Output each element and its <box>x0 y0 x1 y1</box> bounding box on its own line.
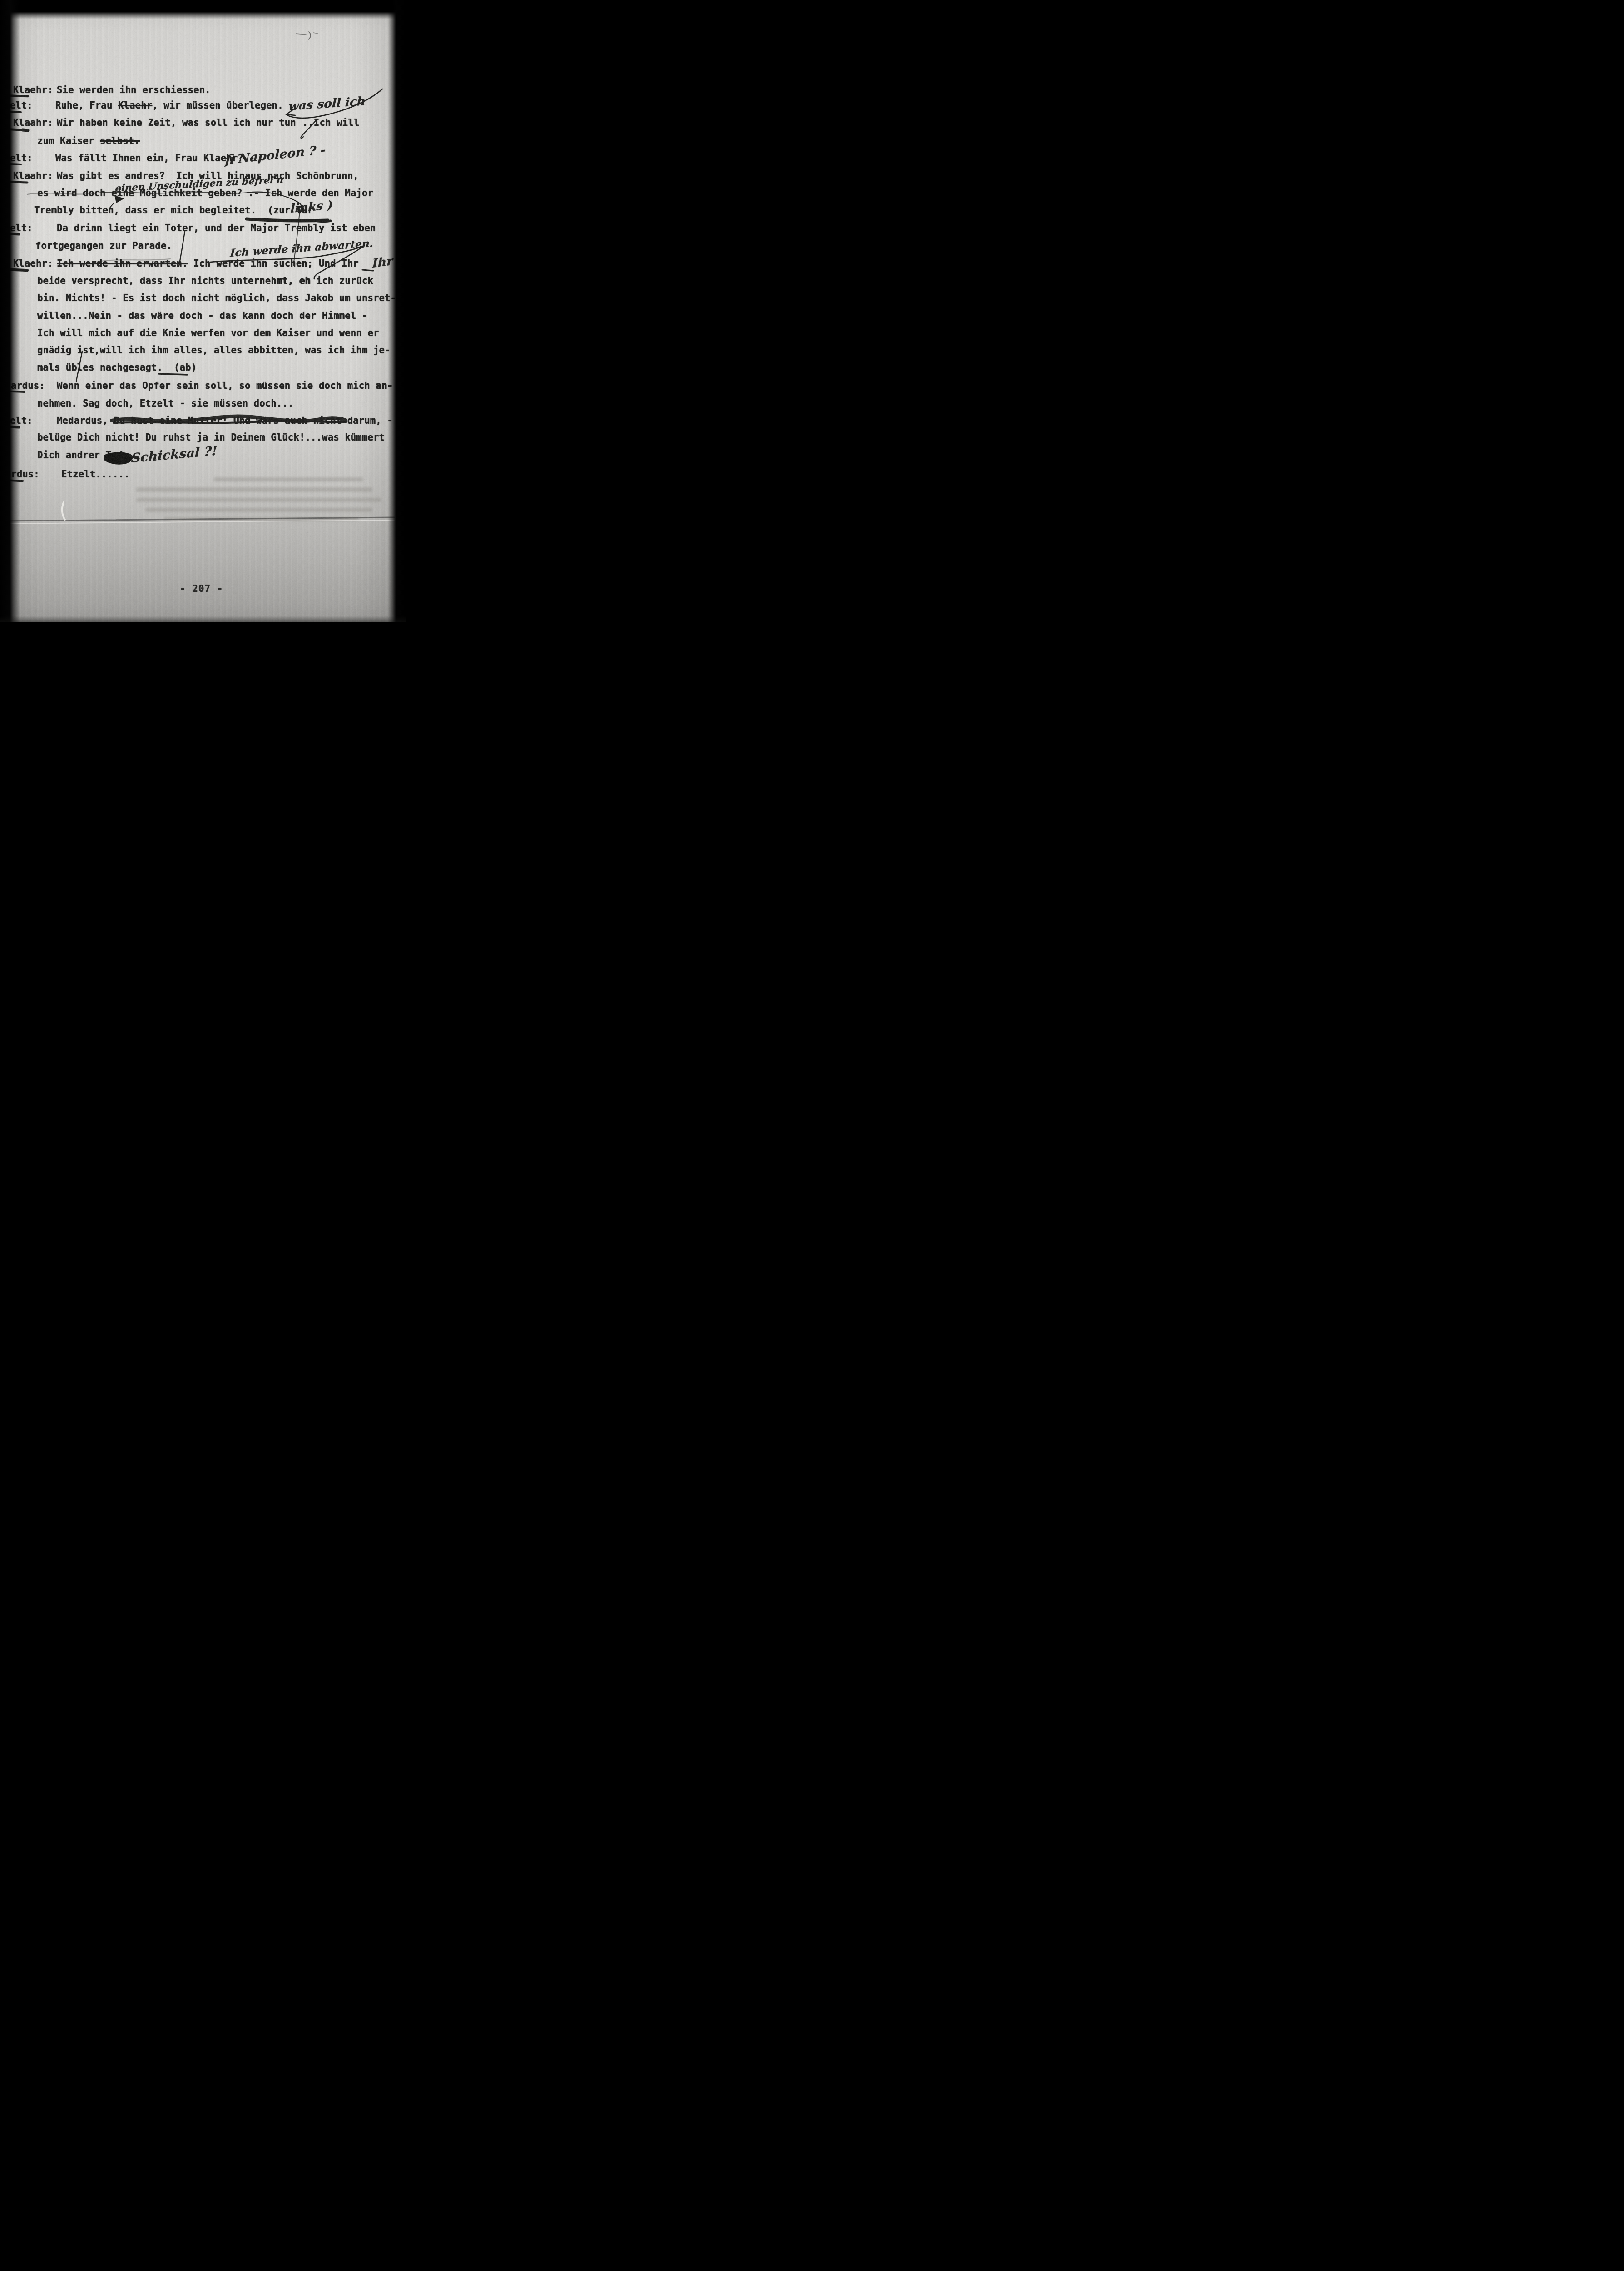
script-line: Etzelt:Was fällt Ihnen ein, Frau Klaehr?… <box>0 152 406 164</box>
script-line: Frau Klaehr:Sie werden ihn erschiessen. <box>0 84 406 96</box>
script-line: willen...Nein - das wäre doch - das kann… <box>0 310 406 322</box>
dialogue-text: es wird doch eine Möglichkeit geben? .- … <box>37 188 373 198</box>
bleed-through-text <box>136 487 372 492</box>
dialogue-text: nehmen. Sag doch, Etzelt - sie müssen do… <box>37 398 293 409</box>
scanned-page: Frau Klaehr:Sie werden ihn erschiessen.E… <box>0 0 406 622</box>
dialogue-text: (ab) <box>174 362 197 373</box>
dialogue-text: Ruhe, Frau <box>55 100 118 111</box>
dialogue-text: eh <box>299 275 311 286</box>
dialogue-text: Etzelt...... <box>61 469 130 480</box>
script-line: Medardus:Wenn einer das Opfer sein soll,… <box>0 380 406 392</box>
dialogue-text: Wir haben keine Zeit, was soll ich nur t… <box>57 117 296 128</box>
scan-border-bottom <box>0 616 406 622</box>
script-line: Trembly bitten, dass er mich begleitet. … <box>0 204 406 216</box>
bleed-through-text <box>163 517 359 521</box>
scan-border-top <box>0 0 406 19</box>
dialogue-text: Du hast eine Mutter! Und wärs auch nicht <box>114 415 342 426</box>
script-line: bin. Nichts! - Es ist doch nicht möglich… <box>0 292 406 304</box>
dialogue-text: ..Ich will <box>302 117 359 128</box>
dialogue-text: selbst. <box>100 135 140 146</box>
dialogue-text: mals übles nachgesagt. <box>37 362 174 373</box>
dialogue-text: ich zurück <box>311 275 373 286</box>
script-line: Etzelt:Da drinn liegt ein Toter, und der… <box>0 222 406 234</box>
dialogue-text: Dich andrer <box>37 450 106 461</box>
dialogue-text: beide versprecht, dass Ihr nichts untern… <box>37 275 277 286</box>
script-line: Frau Klaehr:Ich werde ihn erwarten. Ich … <box>0 258 406 269</box>
script-line: mals übles nachgesagt. (ab) <box>0 362 406 373</box>
dialogue-text: , wir müssen überlegen. <box>152 100 283 111</box>
bleed-through-text <box>136 498 381 502</box>
dialogue-text: Klaehr <box>118 100 152 111</box>
dialogue-text: gnädig ist,will ich ihm alles, alles abb… <box>37 345 391 356</box>
dialogue-text: Medardus, <box>57 415 114 426</box>
page-number: - 207 - <box>180 583 223 594</box>
dialogue-text: Ich werde ihn erwarten. <box>57 258 188 269</box>
dialogue-text: darum, - <box>342 415 393 426</box>
script-line: gnädig ist,will ich ihm alles, alles abb… <box>0 344 406 356</box>
dialogue-text: mt, <box>277 275 294 286</box>
script-line: belüge Dich nicht! Du ruhst ja in Deinem… <box>0 431 406 443</box>
dialogue-text: fortgegangen zur Parade. <box>35 240 172 251</box>
dialogue-text: Trembly bitten, dass er mich begleitet. … <box>34 205 313 216</box>
dialogue-text: Tod.. <box>106 450 134 461</box>
dialogue-text <box>293 275 299 286</box>
bleed-through-text <box>145 508 372 512</box>
dialogue-text: Sie werden ihn erschiessen. <box>57 84 211 95</box>
dialogue-text: Da drinn liegt ein Toter, und der Major … <box>57 223 376 233</box>
dialogue-text: Ich will mich auf die Knie werfen vor de… <box>37 327 379 338</box>
script-line: beide versprecht, dass Ihr nichts untern… <box>0 275 406 287</box>
dialogue-text: Ich werde ihn suchen; Und Ihr <box>188 258 358 269</box>
scan-border-left <box>0 0 20 622</box>
script-line: zum Kaiser selbst. <box>0 135 406 147</box>
dialogue-text: belüge Dich nicht! Du ruhst ja in Deinem… <box>37 432 385 443</box>
script-line: Frau Klaahr:Wir haben keine Zeit, was so… <box>0 117 406 129</box>
script-line: nehmen. Sag doch, Etzelt - sie müssen do… <box>0 397 406 409</box>
scan-border-right <box>388 0 406 622</box>
dialogue-text: bin. Nichts! - Es ist doch nicht möglich… <box>37 293 396 303</box>
dialogue-text: Wenn einer das Opfer sein soll, so müsse… <box>57 380 376 391</box>
script-line: Ich will mich auf die Knie werfen vor de… <box>0 327 406 339</box>
script-line: Etzelt:Medardus, Du hast eine Mutter! Un… <box>0 415 406 426</box>
script-line: Medardus:Etzelt...... <box>0 468 406 480</box>
dialogue-text: zum Kaiser <box>37 135 100 146</box>
dialogue-text: willen...Nein - das wäre doch - das kann… <box>37 310 367 321</box>
